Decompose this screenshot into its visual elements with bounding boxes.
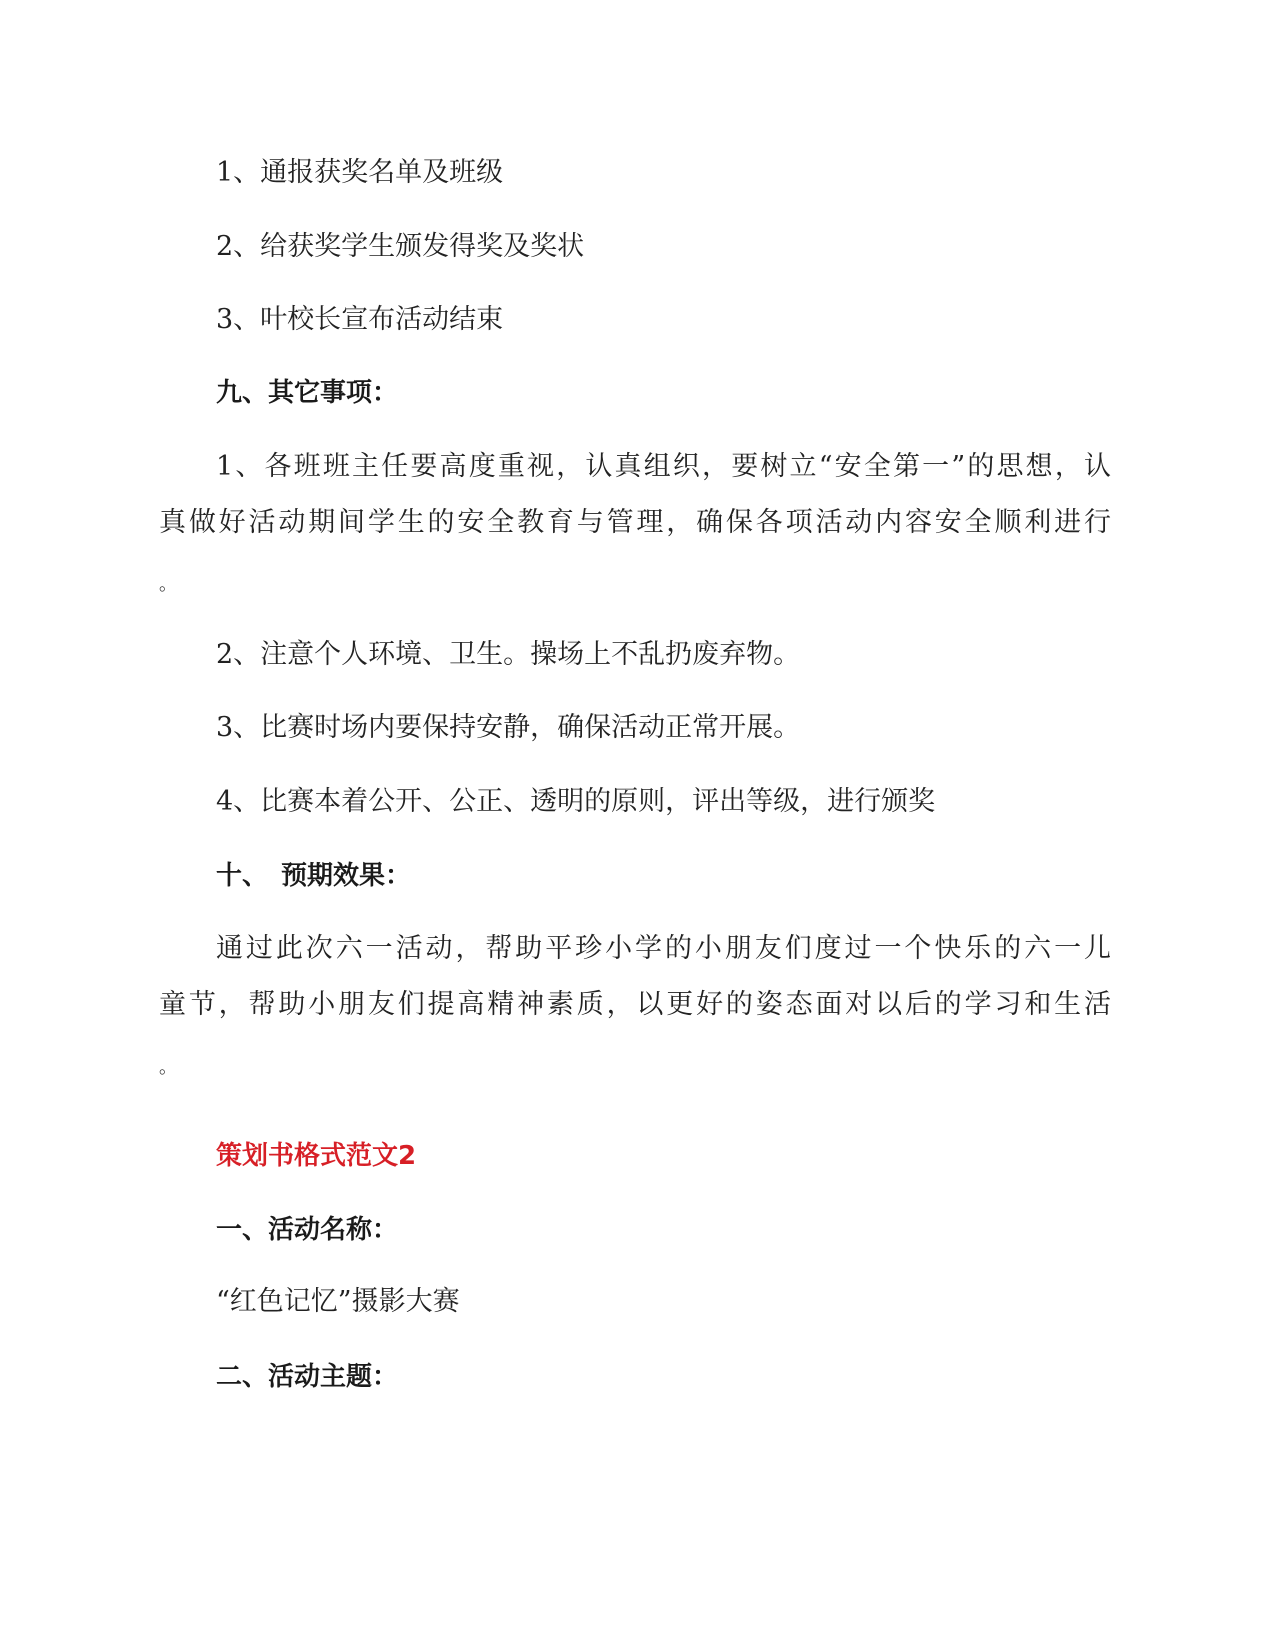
section-heading: 九、其它事项： [216,376,398,410]
list-item: 2、给获奖学生颁发得奖及奖状 [216,230,584,264]
paragraph-line: 童节，帮助小朋友们提高精神素质，以更好的姿态面对以后的学习和生活 [159,988,1111,1022]
paragraph-line: 。 [159,568,177,602]
activity-name: “红色记忆”摄影大赛 [216,1285,460,1319]
list-item: 4、比赛本着公开、公正、透明的原则，评出等级，进行颁奖 [216,785,935,819]
list-item: 3、比赛时场内要保持安静，确保活动正常开展。 [216,711,800,745]
section-heading: 二、活动主题： [216,1360,398,1394]
list-item: 2、注意个人环境、卫生。操场上不乱扔废弃物。 [216,638,800,672]
list-item: 3、叶校长宣布活动结束 [216,303,503,337]
list-item: 1、通报获奖名单及班级 [216,156,503,190]
paragraph-line: 1、各班班主任要高度重视，认真组织，要树立“安全第一”的思想，认 [216,450,1111,484]
paragraph-line: 。 [159,1051,177,1085]
sample-title: 策划书格式范文2 [216,1139,416,1173]
paragraph-line: 通过此次六一活动，帮助平珍小学的小朋友们度过一个快乐的六一儿 [216,932,1111,966]
section-heading: 十、 预期效果： [216,859,411,893]
paragraph-line: 真做好活动期间学生的安全教育与管理，确保各项活动内容安全顺利进行 [159,506,1111,540]
section-heading: 一、活动名称： [216,1213,398,1247]
